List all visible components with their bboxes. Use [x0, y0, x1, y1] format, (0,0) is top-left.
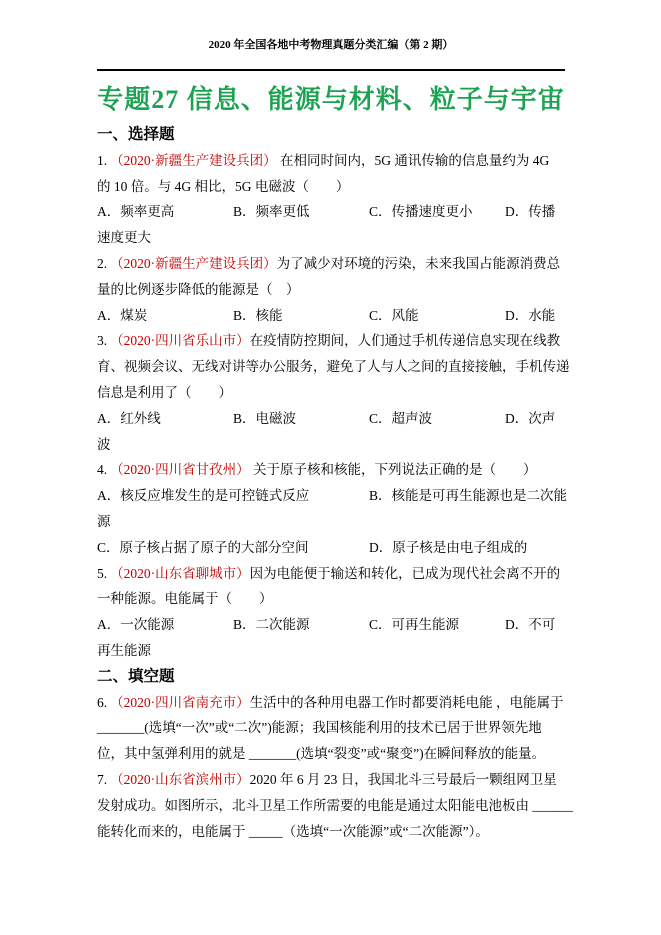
- section-heading-fill: 二、填空题: [97, 664, 565, 690]
- question-2-line-2: 量的比例逐步降低的能源是（ ）: [97, 277, 565, 303]
- question-2-text: 为了减少对环境的污染，未来我国占能源消费总: [277, 256, 561, 271]
- question-5-text: 因为电能便于输送和转化，已成为现代社会离不开的: [250, 566, 561, 581]
- question-5-option-d-wrap: 再生能源: [97, 638, 565, 664]
- question-2-options: A．煤炭 B．核能 C．风能 D．水能: [97, 303, 565, 329]
- question-3-text: 在疫情防控期间，人们通过手机传递信息实现在线教: [250, 333, 561, 348]
- question-5-option-d: D．不可: [505, 612, 555, 638]
- question-7-number: 7.: [97, 772, 107, 787]
- question-4-option-b-wrap: 源: [97, 509, 565, 535]
- question-3-option-c: C．超声波: [369, 406, 505, 432]
- question-5-option-b: B．二次能源: [233, 612, 369, 638]
- question-7-text: 2020 年 6 月 23 日，我国北斗三号最后一颗组网卫星: [250, 772, 557, 787]
- question-6-line-2: _______(选填“一次”或“二次”)能源；我国核能利用的技术已居于世界领先地: [97, 715, 565, 741]
- question-3-options: A．红外线 B．电磁波 C．超声波 D．次声: [97, 406, 565, 432]
- question-4-text: 关于原子核和核能，下列说法正确的是（ ）: [250, 462, 537, 477]
- question-3-option-a: A．红外线: [97, 406, 233, 432]
- question-5-number: 5.: [97, 566, 107, 581]
- question-3-number: 3.: [97, 333, 107, 348]
- question-3-source-tag: （2020·四川省乐山市）: [110, 333, 250, 348]
- header-text: 2020 年全国各地中考物理真题分类汇编（第 2 期）: [209, 39, 454, 51]
- question-4-number: 4.: [97, 462, 107, 477]
- question-6-number: 6.: [97, 695, 107, 710]
- question-5-line-2: 一种能源。电能属于（ ）: [97, 586, 565, 612]
- page-header: 2020 年全国各地中考物理真题分类汇编（第 2 期）: [97, 38, 565, 71]
- question-3-option-d-wrap: 波: [97, 432, 565, 458]
- page-title: 专题27 信息、能源与材料、粒子与宇宙: [97, 84, 565, 116]
- question-3-option-b: B．电磁波: [233, 406, 369, 432]
- question-4-option-a: A．核反应堆发生的是可控链式反应: [97, 483, 369, 509]
- question-4-line-1: 4.（2020·四川省甘孜州） 关于原子核和核能，下列说法正确的是（ ）: [97, 457, 565, 483]
- document-page: 2020 年全国各地中考物理真题分类汇编（第 2 期） 专题27 信息、能源与材…: [0, 0, 661, 935]
- question-1-text: 在相同时间内，5G 通讯传输的信息量约为 4G: [277, 153, 550, 168]
- question-2-line-1: 2.（2020·新疆生产建设兵团）为了减少对环境的污染，未来我国占能源消费总: [97, 251, 565, 277]
- question-5-options: A．一次能源 B．二次能源 C．可再生能源 D．不可: [97, 612, 565, 638]
- question-5-source-tag: （2020·山东省聊城市）: [110, 566, 250, 581]
- question-3-option-d: D．次声: [505, 406, 555, 432]
- question-2-number: 2.: [97, 256, 107, 271]
- question-2-option-c: C．风能: [369, 303, 505, 329]
- section-heading-choice: 一、选择题: [97, 122, 565, 148]
- question-6-source-tag: （2020·四川省南充市）: [110, 695, 250, 710]
- question-1-option-b: B．频率更低: [233, 199, 369, 225]
- question-2-option-d: D．水能: [505, 303, 555, 329]
- question-1-options: A．频率更高 B．频率更低 C．传播速度更小 D．传播: [97, 199, 565, 225]
- question-2-option-a: A．煤炭: [97, 303, 233, 329]
- question-2-source-tag: （2020·新疆生产建设兵团）: [110, 256, 277, 271]
- question-5-option-a: A．一次能源: [97, 612, 233, 638]
- question-7-line-1: 7.（2020·山东省滨州市）2020 年 6 月 23 日，我国北斗三号最后一…: [97, 767, 565, 793]
- question-4-option-d: D．原子核是由电子组成的: [369, 535, 527, 561]
- question-1-option-d: D．传播: [505, 199, 555, 225]
- question-7-line-2: 发射成功。如图所示，北斗卫星工作所需要的电能是通过太阳能电池板由 ______: [97, 793, 565, 819]
- question-4-source-tag: （2020·四川省甘孜州）: [110, 462, 250, 477]
- question-5-line-1: 5.（2020·山东省聊城市）因为电能便于输送和转化，已成为现代社会离不开的: [97, 561, 565, 587]
- question-1-option-d-wrap: 速度更大: [97, 225, 565, 251]
- question-4-option-b: B．核能是可再生能源也是二次能: [369, 483, 567, 509]
- question-1-source-tag: （2020·新疆生产建设兵团）: [110, 153, 277, 168]
- question-1-line-1: 1.（2020·新疆生产建设兵团） 在相同时间内，5G 通讯传输的信息量约为 4…: [97, 148, 565, 174]
- question-5-option-c: C．可再生能源: [369, 612, 505, 638]
- question-3-line-3: 信息是利用了（ ）: [97, 380, 565, 406]
- question-1-option-c: C．传播速度更小: [369, 199, 505, 225]
- question-4-option-c: C．原子核占据了原子的大部分空间: [97, 535, 369, 561]
- question-1-line-2: 的 10 倍。与 4G 相比，5G 电磁波（ ）: [97, 174, 565, 200]
- question-4-options-row-1: A．核反应堆发生的是可控链式反应 B．核能是可再生能源也是二次能: [97, 483, 565, 509]
- question-6-text: 生活中的各种用电器工作时都要消耗电能 ，电能属于: [250, 695, 564, 710]
- question-3-line-2: 育、视频会议、无线对讲等办公服务，避免了人与人之间的直接接触，手机传递: [97, 354, 565, 380]
- question-4-options-row-2: C．原子核占据了原子的大部分空间 D．原子核是由电子组成的: [97, 535, 565, 561]
- question-6-line-1: 6.（2020·四川省南充市）生活中的各种用电器工作时都要消耗电能 ，电能属于: [97, 690, 565, 716]
- question-1-number: 1.: [97, 153, 107, 168]
- question-7-source-tag: （2020·山东省滨州市）: [110, 772, 250, 787]
- question-1-option-a: A．频率更高: [97, 199, 233, 225]
- question-7-line-3: 能转化而来的，电能属于 _____（选填“一次能源”或“二次能源”）。: [97, 819, 565, 845]
- question-3-line-1: 3.（2020·四川省乐山市）在疫情防控期间，人们通过手机传递信息实现在线教: [97, 328, 565, 354]
- question-2-option-b: B．核能: [233, 303, 369, 329]
- question-6-line-3: 位，其中氢弹利用的就是 _______(选填“裂变”或“聚变”)在瞬间释放的能量…: [97, 741, 565, 767]
